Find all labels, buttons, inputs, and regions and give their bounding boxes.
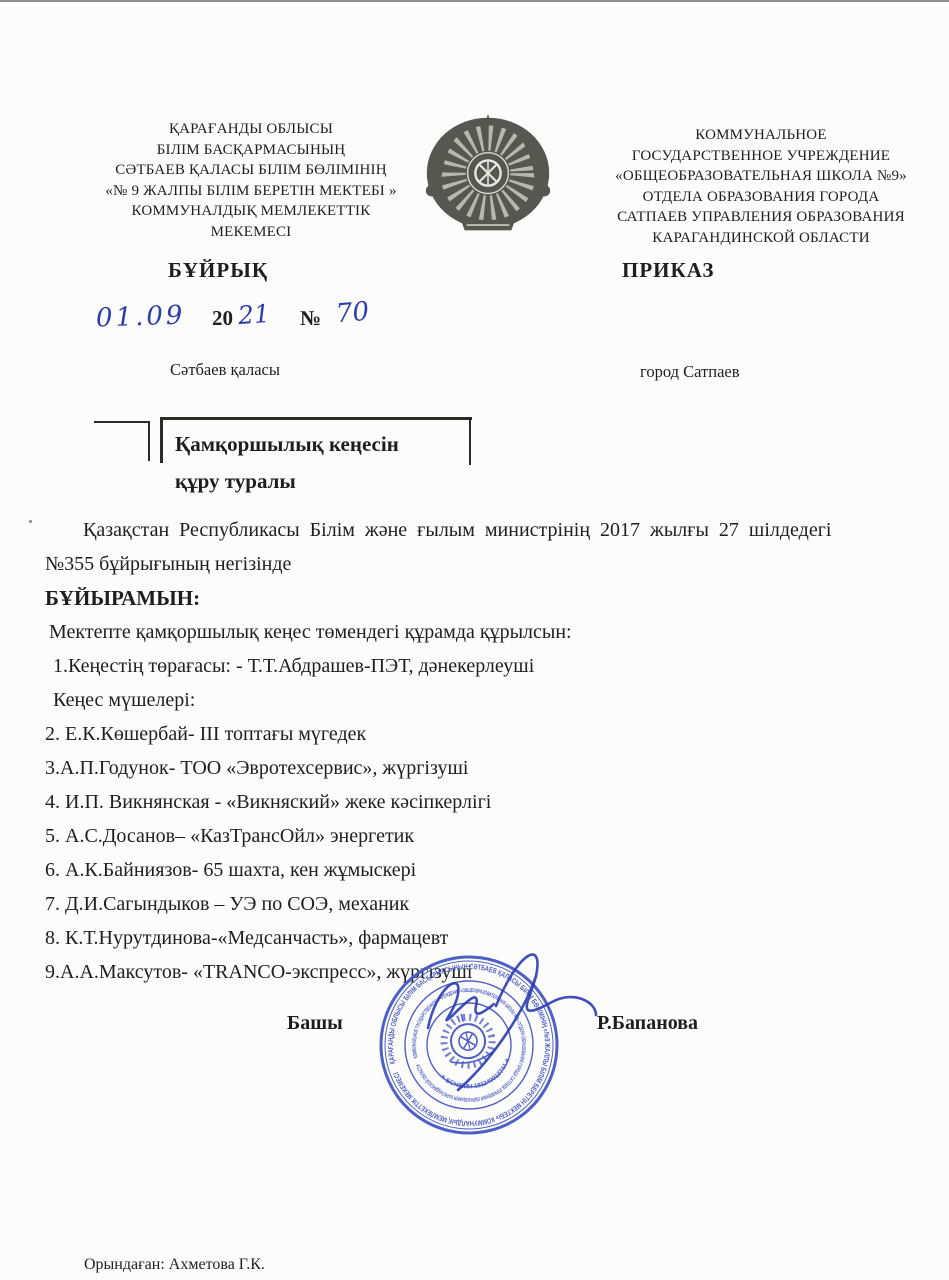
header-left-kazakh: ҚАРАҒАНДЫ ОБЛЫСЫ БІЛІМ БАСҚАРМАСЫНЫҢ СӘТ… (84, 119, 418, 242)
order-item: Кеңес мүшелері: (45, 683, 925, 717)
place-russian: город Сатпаев (640, 362, 740, 382)
header-line: КОММУНАЛДЫҚ МЕМЛЕКЕТТІК (84, 201, 418, 222)
header-line: МЕКЕМЕСІ (84, 222, 418, 243)
date-underline (88, 342, 206, 344)
header-line: «ОБЩЕОБРАЗОВАТЕЛЬНАЯ ШКОЛА №9» (586, 166, 936, 187)
order-item: 7. Д.И.Сагындыков – УЭ по СОЭ, механик (45, 887, 925, 921)
signature-title: Башы (287, 1012, 343, 1035)
subject-box-right-border (469, 420, 471, 465)
header-right-russian: КОММУНАЛЬНОЕ ГОСУДАРСТВЕННОЕ УЧРЕЖДЕНИЕ … (586, 125, 936, 248)
handwritten-year: 21 (237, 299, 271, 330)
scan-speck (29, 520, 32, 523)
scan-edge-line (0, 0, 949, 2)
signature-name: Р.Бапанова (597, 1012, 698, 1035)
order-item: 1.Кеңестің төрағасы: - Т.Т.Абдрашев-ПЭТ,… (45, 649, 925, 683)
body-paragraph-line: Қазақстан Республикасы Білім және ғылым … (45, 513, 925, 547)
handwritten-signature (400, 930, 660, 1160)
header-line: ОТДЕЛА ОБРАЗОВАНИЯ ГОРОДА (586, 187, 936, 208)
order-item: 5. А.С.Досанов– «КазТрансОйл» энергетик (45, 819, 925, 853)
order-item: 6. А.К.Байниязов- 65 шахта, кен жұмыскер… (45, 853, 925, 887)
kazakhstan-emblem-icon (420, 112, 556, 240)
resolve-word: БҰЙЫРАМЫН: (45, 581, 925, 615)
order-title-russian: ПРИКАЗ (622, 258, 714, 283)
subject-box-top-border (160, 417, 472, 420)
corner-mark (94, 421, 150, 461)
header-line: СӘТБАЕВ ҚАЛАСЫ БІЛІМ БӨЛІМІНІҢ (84, 160, 418, 181)
subject-line-1: Қамқоршылық кеңесін (175, 426, 399, 463)
executor-line: Орындаған: Ахметова Г.К. (84, 1256, 265, 1274)
subject-line-2: құру туралы (175, 463, 399, 500)
subject-title: Қамқоршылық кеңесін құру туралы (175, 426, 399, 500)
header-line: «№ 9 ЖАЛПЫ БІЛІМ БЕРЕТІН МЕКТЕБІ » (84, 181, 418, 202)
subject-box-left-border (160, 417, 163, 463)
number-underline (326, 342, 404, 344)
order-item: 4. И.П. Викнянская - «Викняский» жеке кә… (45, 785, 925, 819)
header-line: САТПАЕВ УПРАВЛЕНИЯ ОБРАЗОВАНИЯ (586, 207, 936, 228)
order-body: Қазақстан Республикасы Білім және ғылым … (45, 513, 925, 989)
header-line: ГОСУДАРСТВЕННОЕ УЧРЕЖДЕНИЕ (586, 146, 936, 167)
header-line: КАРАГАНДИНСКОЙ ОБЛАСТИ (586, 228, 936, 249)
order-item: 2. Е.К.Көшербай- ІІІ топтағы мүгедек (45, 717, 925, 751)
handwritten-date: 01.09 (96, 300, 186, 333)
handwritten-number: 70 (335, 297, 371, 330)
header-line: КОММУНАЛЬНОЕ (586, 125, 936, 146)
body-intro-line: Мектепте қамқоршылық кеңес төмендегі құр… (45, 615, 925, 649)
header-line: ҚАРАҒАНДЫ ОБЛЫСЫ (84, 119, 418, 140)
year-underline (234, 342, 290, 344)
order-item: 3.А.П.Годунок- ТОО «Эвротехсервис», жүрг… (45, 751, 925, 785)
year-prefix: 20 (212, 306, 233, 331)
header-line: БІЛІМ БАСҚАРМАСЫНЫҢ (84, 140, 418, 161)
body-paragraph-line: №355 бұйрығының негізінде (45, 547, 925, 581)
order-title-kazakh: БҰЙРЫҚ (168, 258, 268, 283)
scanned-order-document: ҚАРАҒАНДЫ ОБЛЫСЫ БІЛІМ БАСҚАРМАСЫНЫҢ СӘТ… (0, 0, 949, 1280)
number-sign: № (300, 306, 321, 331)
place-kazakh: Сәтбаев қаласы (170, 360, 280, 380)
